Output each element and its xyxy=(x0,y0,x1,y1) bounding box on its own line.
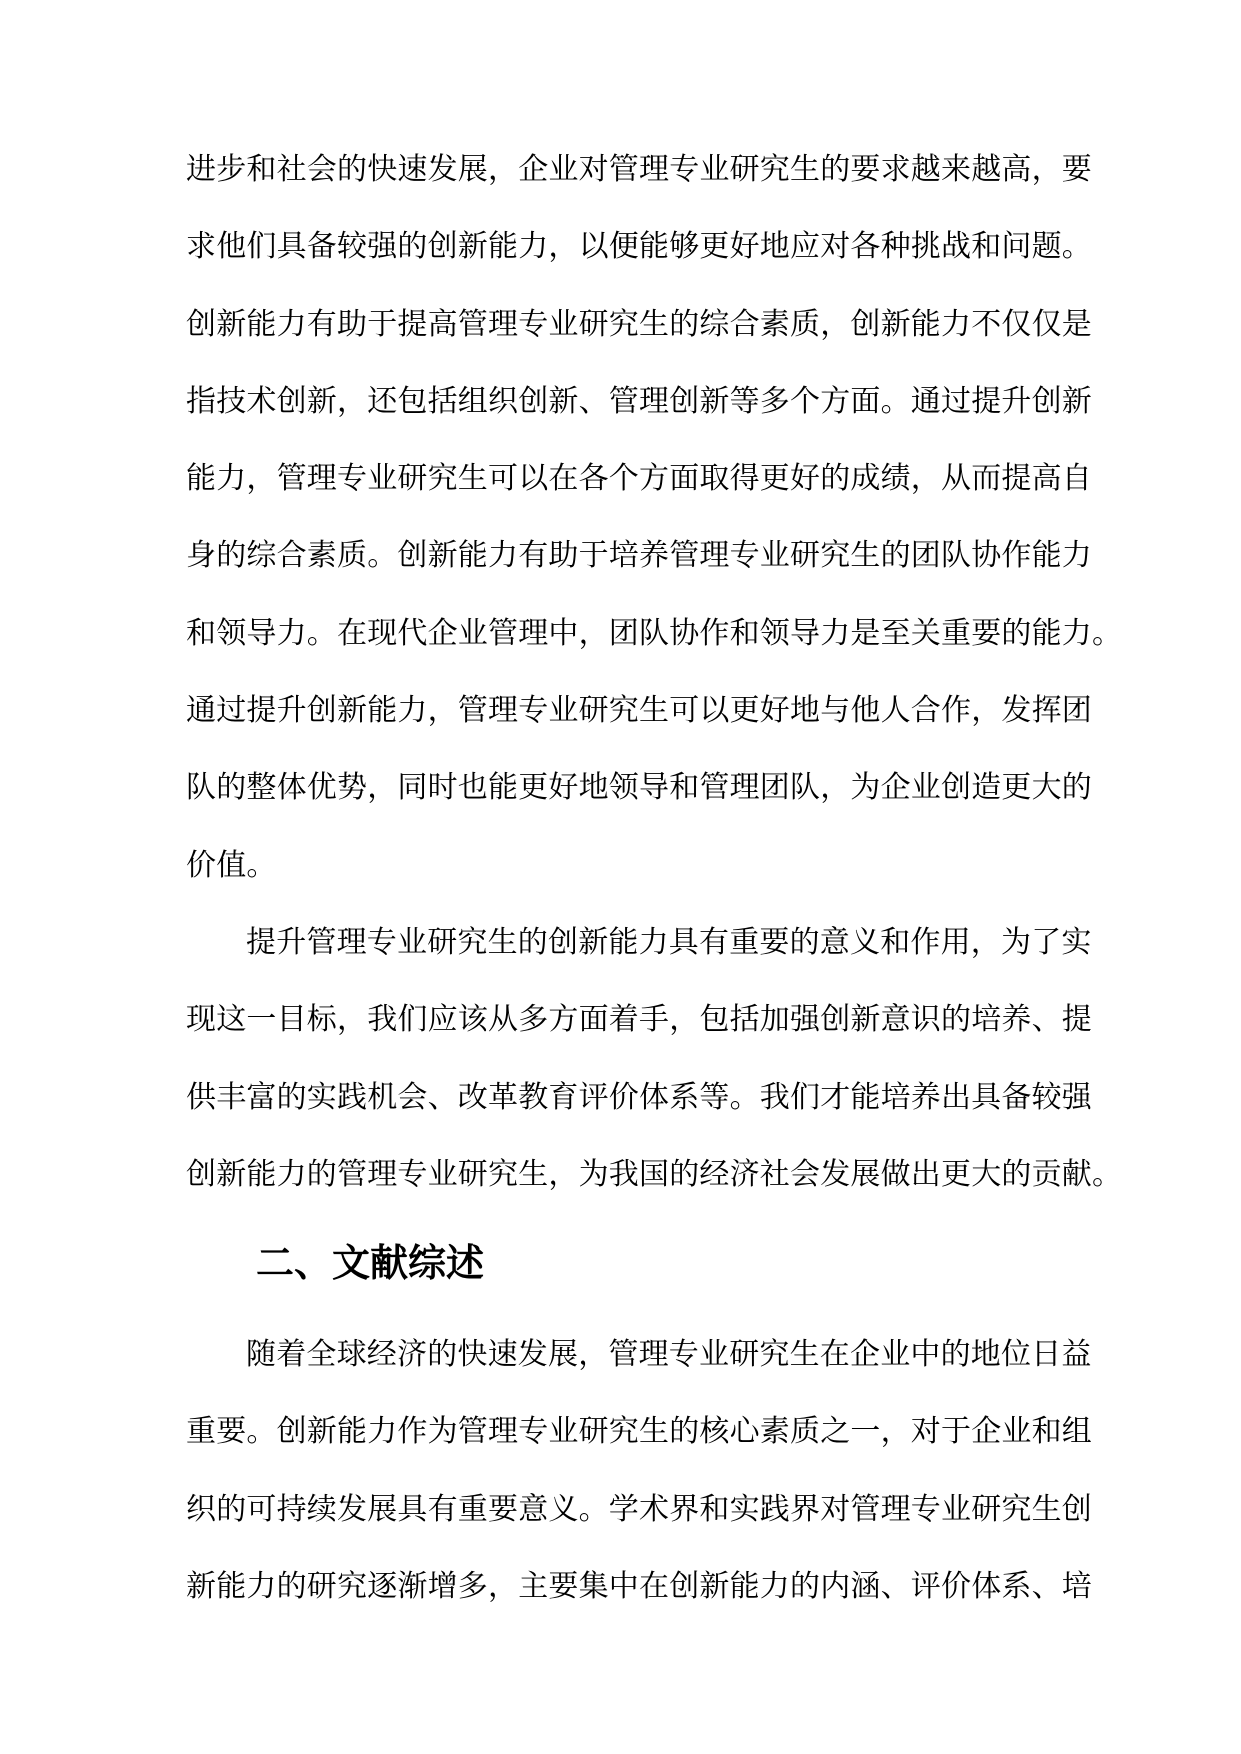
text-line: 身的综合素质。创新能力有助于培养管理专业研究生的团队协作能力 xyxy=(186,517,1092,594)
section-heading: 二、文献综述 xyxy=(186,1226,1092,1303)
text-line: 提升管理专业研究生的创新能力具有重要的意义和作用，为了实 xyxy=(186,904,1092,981)
text-line: 织的可持续发展具有重要意义。学术界和实践界对管理专业研究生创 xyxy=(186,1471,1092,1548)
text-line: 求他们具备较强的创新能力，以便能够更好地应对各种挑战和问题。 xyxy=(186,208,1092,285)
text-line: 指技术创新，还包括组织创新、管理创新等多个方面。通过提升创新 xyxy=(186,363,1092,440)
text-line: 创新能力有助于提高管理专业研究生的综合素质，创新能力不仅仅是 xyxy=(186,286,1092,363)
text-line: 创新能力的管理专业研究生，为我国的经济社会发展做出更大的贡献。 xyxy=(186,1136,1092,1213)
paragraph-2: 提升管理专业研究生的创新能力具有重要的意义和作用，为了实 现这一目标，我们应该从… xyxy=(186,904,1092,1213)
text-line: 能力，管理专业研究生可以在各个方面取得更好的成绩，从而提高自 xyxy=(186,440,1092,517)
text-line: 现这一目标，我们应该从多方面着手，包括加强创新意识的培养、提 xyxy=(186,981,1092,1058)
text-line: 随着全球经济的快速发展，管理专业研究生在企业中的地位日益 xyxy=(186,1316,1092,1393)
paragraph-3: 随着全球经济的快速发展，管理专业研究生在企业中的地位日益 重要。创新能力作为管理… xyxy=(186,1316,1092,1625)
text-line: 新能力的研究逐渐增多，主要集中在创新能力的内涵、评价体系、培 xyxy=(186,1548,1092,1625)
text-line: 价值。 xyxy=(186,827,1092,904)
text-line: 队的整体优势，同时也能更好地领导和管理团队，为企业创造更大的 xyxy=(186,749,1092,826)
text-line: 进步和社会的快速发展，企业对管理专业研究生的要求越来越高，要 xyxy=(186,131,1092,208)
text-line: 和领导力。在现代企业管理中，团队协作和领导力是至关重要的能力。 xyxy=(186,595,1092,672)
text-line: 重要。创新能力作为管理专业研究生的核心素质之一，对于企业和组 xyxy=(186,1393,1092,1470)
text-line: 供丰富的实践机会、改革教育评价体系等。我们才能培养出具备较强 xyxy=(186,1059,1092,1136)
page-content: 进步和社会的快速发展，企业对管理专业研究生的要求越来越高，要 求他们具备较强的创… xyxy=(186,131,1092,1625)
text-line: 通过提升创新能力，管理专业研究生可以更好地与他人合作，发挥团 xyxy=(186,672,1092,749)
paragraph-1: 进步和社会的快速发展，企业对管理专业研究生的要求越来越高，要 求他们具备较强的创… xyxy=(186,131,1092,904)
document-page: 进步和社会的快速发展，企业对管理专业研究生的要求越来越高，要 求他们具备较强的创… xyxy=(0,0,1241,1754)
